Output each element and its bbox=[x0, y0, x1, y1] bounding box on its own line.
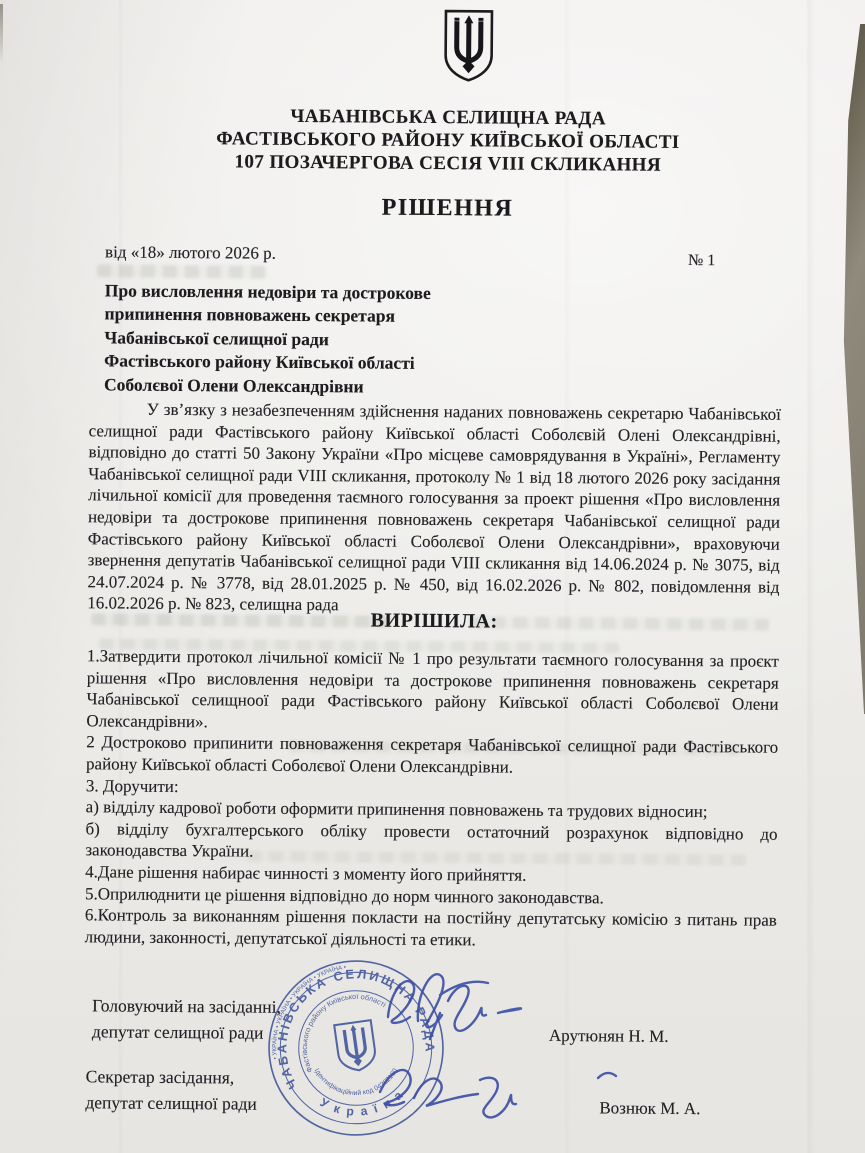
resolution-items: 1.Затвердити протокол лічильної комісії … bbox=[85, 645, 779, 953]
signer-role-1: Головуючий на засіданні, депутат селищно… bbox=[92, 992, 281, 1045]
bleedthrough-smudge bbox=[97, 264, 267, 278]
subject-line: Фастівського району Київської області bbox=[104, 350, 504, 377]
handwritten-signature-2 bbox=[330, 1040, 630, 1130]
signer-role-line: депутат селищної ради bbox=[92, 1018, 281, 1045]
subject-block: Про висловлення недовіри та дострокове п… bbox=[104, 279, 505, 399]
subject-line: Чабанівської селищної ради bbox=[104, 326, 504, 353]
document-title: РІШЕННЯ bbox=[57, 192, 837, 225]
letterhead: ЧАБАНІВСЬКА СЕЛИЩНА РАДА ФАСТІВСЬКОГО РА… bbox=[58, 103, 839, 178]
subject-line: припинення повноважень секретаря bbox=[105, 303, 505, 330]
subject-line: Соболєвої Олени Олександрівни bbox=[104, 373, 504, 400]
subject-line: Про висловлення недовіри та дострокове bbox=[105, 279, 505, 306]
document-date: від «18» лютого 2026 р. bbox=[105, 242, 276, 263]
paper-edge-shadow bbox=[0, 4, 3, 64]
resolution-item: б) відділу бухгалтерського обліку провес… bbox=[85, 818, 777, 867]
session-line: 107 ПОЗАЧЕРГОВА СЕСІЯ VIII СКЛИКАННЯ bbox=[58, 149, 838, 178]
tryzub-emblem-icon bbox=[441, 8, 496, 84]
signer-role-line: депутат селищної ради bbox=[85, 1089, 257, 1116]
resolved-heading: ВИРІШИЛА: bbox=[54, 607, 814, 636]
signer-role-line: Секретар засідання, bbox=[86, 1063, 258, 1090]
signer-role-line: Головуючий на засіданні, bbox=[92, 992, 281, 1019]
resolution-item: 2 Достроково припинити повноваження секр… bbox=[86, 732, 778, 781]
signer-role-2: Секретар засідання, депутат селищної рад… bbox=[85, 1063, 257, 1116]
preamble-paragraph: У зв’язку з незабезпеченням здійснення н… bbox=[87, 398, 781, 619]
document-number: № 1 bbox=[688, 252, 715, 270]
resolution-item: 1.Затвердити протокол лічильної комісії … bbox=[86, 645, 779, 737]
